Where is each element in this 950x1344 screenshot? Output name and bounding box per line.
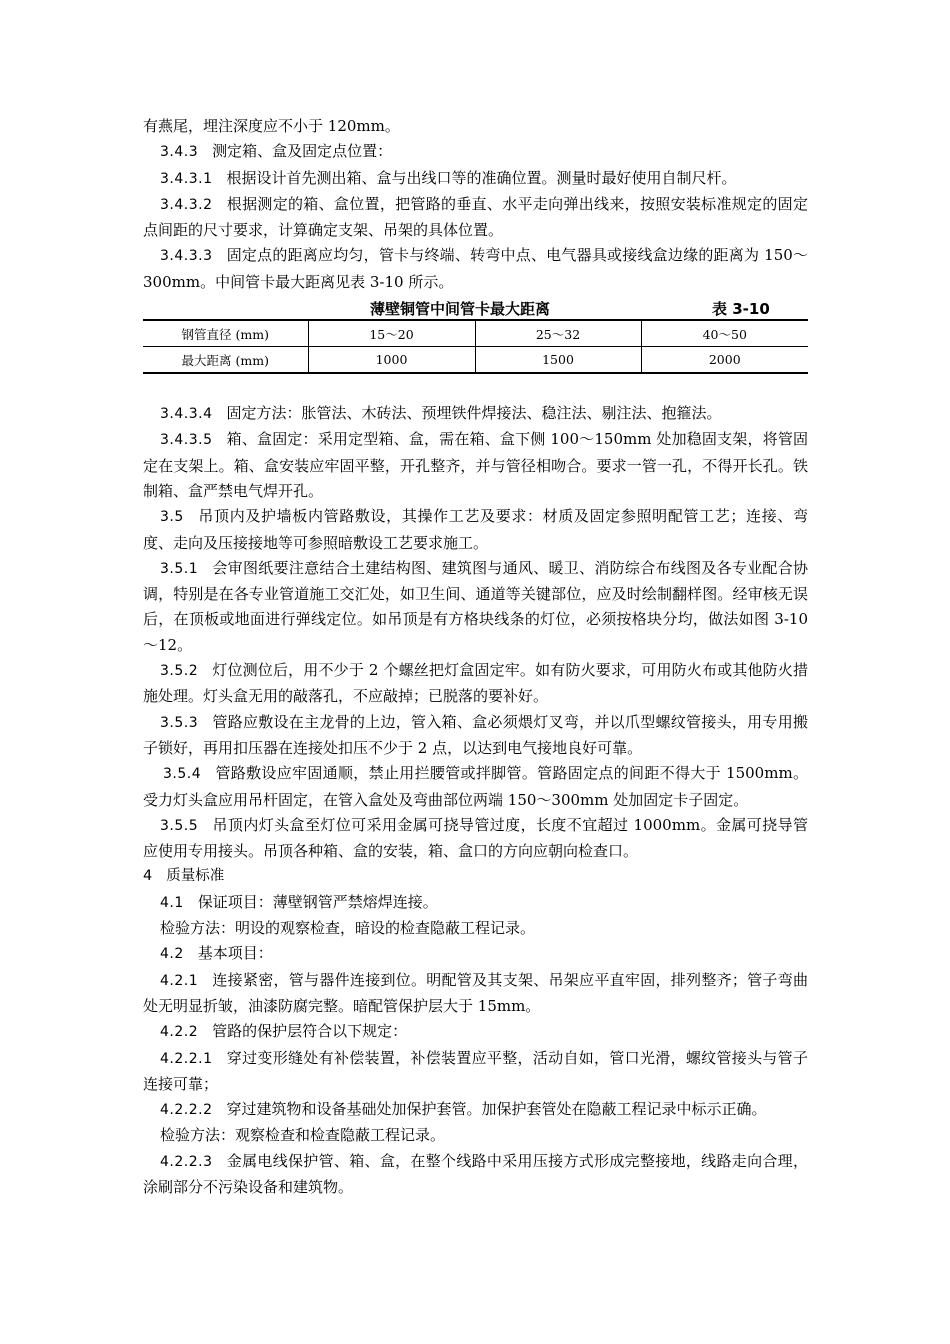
section-number: 3.5.4 bbox=[163, 766, 201, 782]
table-cell: 2000 bbox=[641, 347, 808, 374]
section-number: 4.2 bbox=[160, 946, 184, 962]
table-cell-header: 钢管直径 (mm) bbox=[143, 320, 308, 347]
section-title: 质量标准 bbox=[166, 868, 224, 884]
table-row: 最大距离 (mm) 1000 1500 2000 bbox=[143, 347, 808, 374]
section-number: 3.4.3.5 bbox=[160, 432, 212, 448]
section-text: 根据设计首先测出箱、盒与出线口等的准确位置。测量时最好使用自制尺杆。 bbox=[226, 169, 736, 187]
section-text: 管路的保护层符合以下规定： bbox=[212, 1022, 407, 1040]
section-text: 吊顶内灯头盒至灯位可采用金属可挠导管过度，长度不宜超过 1000mm。金属可挠导… bbox=[143, 816, 808, 860]
section-number: 4.2.2.3 bbox=[160, 1154, 212, 1170]
section-4-1: 4.1保证项目：薄壁钢管严禁熔焊连接。 bbox=[143, 890, 808, 916]
section-number: 4.2.2 bbox=[160, 1024, 198, 1040]
table-cell: 15～20 bbox=[308, 320, 475, 347]
table-number: 表 3-10 bbox=[712, 298, 770, 319]
section-text: 连接紧密，管与器件连接到位。明配管及其支架、吊架应平直牢固，排列整齐；管子弯曲处… bbox=[143, 971, 808, 1015]
section-3-4-3-3: 3.4.3.3固定点的距离应均匀，管卡与终端、转弯中点、电气器具或接线盒边缘的距… bbox=[143, 243, 808, 295]
pipe-clamp-distance-table: 钢管直径 (mm) 15～20 25～32 40～50 最大距离 (mm) 10… bbox=[143, 319, 808, 374]
section-number: 3.5.1 bbox=[160, 561, 198, 577]
inspection-method-4-1: 检验方法：明设的观察检查，暗设的检查隐蔽工程记录。 bbox=[143, 916, 808, 941]
section-number: 3.5.5 bbox=[160, 818, 198, 834]
section-number: 3.4.3.3 bbox=[160, 248, 212, 264]
table-cell: 25～32 bbox=[475, 320, 641, 347]
section-3-5-1: 3.5.1会审图纸要注意结合土建结构图、建筑图与通风、暖卫、消防综合布线图及各专… bbox=[143, 556, 808, 658]
section-text: 穿过建筑物和设备基础处加保护套管。加保护套管处在隐蔽工程记录中标示正确。 bbox=[226, 1100, 766, 1118]
section-text: 穿过变形缝处有补偿装置，补偿装置应平整，活动自如，管口光滑，螺纹管接头与管子连接… bbox=[143, 1049, 808, 1093]
section-3-5-3: 3.5.3管路应敷设在主龙骨的上边，管入箱、盒必须煨灯叉弯，并以爪型螺纹管接头，… bbox=[143, 710, 808, 762]
section-number: 4.2.2.2 bbox=[160, 1102, 212, 1118]
section-4-2: 4.2基本项目： bbox=[143, 941, 808, 967]
section-text: 保证项目：薄壁钢管严禁熔焊连接。 bbox=[198, 893, 438, 911]
section-text: 根据测定的箱、盒位置，把管路的垂直、水平走向弹出线来，按照安装标准规定的固定点间… bbox=[143, 195, 808, 239]
section-number: 4.1 bbox=[160, 895, 184, 911]
section-4-2-1: 4.2.1连接紧密，管与器件连接到位。明配管及其支架、吊架应平直牢固，排列整齐；… bbox=[143, 968, 808, 1020]
section-4-2-2-2: 4.2.2.2穿过建筑物和设备基础处加保护套管。加保护套管处在隐蔽工程记录中标示… bbox=[143, 1097, 808, 1123]
section-text: 管路应敷设在主龙骨的上边，管入箱、盒必须煨灯叉弯，并以爪型螺纹管接头，用专用搬子… bbox=[143, 713, 808, 757]
inspection-method-4-2-2: 检验方法：观察检查和检查隐蔽工程记录。 bbox=[143, 1123, 808, 1148]
section-3-4-3-1: 3.4.3.1根据设计首先测出箱、盒与出线口等的准确位置。测量时最好使用自制尺杆… bbox=[143, 166, 808, 192]
section-number: 3.5 bbox=[160, 509, 184, 525]
section-text: 箱、盒固定：采用定型箱、盒，需在箱、盒下侧 100～150mm 处加稳固支架，将… bbox=[143, 430, 808, 500]
section-text: 灯位测位后，用不少于 2 个螺丝把灯盒固定牢。如有防火要求，可用防火布或其他防火… bbox=[143, 661, 808, 705]
section-number: 3.4.3 bbox=[160, 144, 198, 160]
section-text: 金属电线保护管、箱、盒，在整个线路中采用压接方式形成完整接地，线路走向合理，涂刷… bbox=[143, 1152, 808, 1196]
section-text: 固定点的距离应均匀，管卡与终端、转弯中点、电气器具或接线盒边缘的距离为 150～… bbox=[143, 246, 808, 290]
table-title: 薄壁铜管中间管卡最大距离 bbox=[370, 298, 550, 319]
section-4-2-2: 4.2.2管路的保护层符合以下规定： bbox=[143, 1019, 808, 1045]
section-text: 基本项目： bbox=[198, 944, 273, 962]
section-text: 测定箱、盒及固定点位置： bbox=[212, 142, 392, 160]
section-number: 3.5.2 bbox=[160, 663, 198, 679]
table-caption: 薄壁铜管中间管卡最大距离 表 3-10 bbox=[143, 296, 808, 319]
section-4-heading: 4质量标准 bbox=[143, 864, 808, 889]
section-text: 吊顶内及护墙板内管路敷设，其操作工艺及要求：材质及固定参照明配管工艺；连接、弯度… bbox=[143, 507, 808, 551]
section-number: 4 bbox=[143, 868, 152, 884]
section-3-5: 3.5吊顶内及护墙板内管路敷设，其操作工艺及要求：材质及固定参照明配管工艺；连接… bbox=[143, 504, 808, 556]
section-4-2-2-1: 4.2.2.1穿过变形缝处有补偿装置，补偿装置应平整，活动自如，管口光滑，螺纹管… bbox=[143, 1046, 808, 1098]
section-number: 3.4.3.2 bbox=[160, 197, 212, 213]
section-3-5-5: 3.5.5吊顶内灯头盒至灯位可采用金属可挠导管过度，长度不宜超过 1000mm。… bbox=[143, 813, 808, 865]
section-3-5-4: 3.5.4管路敷设应牢固通顺，禁止用拦腰管或拌脚管。管路固定点的间距不得大于 1… bbox=[143, 761, 808, 813]
paragraph-continuation: 有燕尾，埋注深度应不小于 120mm。 bbox=[143, 114, 808, 139]
section-number: 3.5.3 bbox=[160, 715, 198, 731]
section-number: 3.4.3.4 bbox=[160, 406, 212, 422]
table-cell: 1000 bbox=[308, 347, 475, 374]
table-row: 钢管直径 (mm) 15～20 25～32 40～50 bbox=[143, 320, 808, 347]
section-text: 管路敷设应牢固通顺，禁止用拦腰管或拌脚管。管路固定点的间距不得大于 1500mm… bbox=[143, 764, 808, 808]
section-4-2-2-3: 4.2.2.3金属电线保护管、箱、盒，在整个线路中采用压接方式形成完整接地，线路… bbox=[143, 1149, 808, 1201]
table-cell: 40～50 bbox=[641, 320, 808, 347]
section-text: 固定方法：胀管法、木砖法、预埋铁件焊接法、稳注法、剔注法、抱箍法。 bbox=[226, 404, 721, 422]
table-cell-header: 最大距离 (mm) bbox=[143, 347, 308, 374]
section-3-4-3-5: 3.4.3.5箱、盒固定：采用定型箱、盒，需在箱、盒下侧 100～150mm 处… bbox=[143, 427, 808, 504]
section-number: 4.2.2.1 bbox=[160, 1051, 212, 1067]
section-3-4-3-2: 3.4.3.2根据测定的箱、盒位置，把管路的垂直、水平走向弹出线来，按照安装标准… bbox=[143, 192, 808, 244]
section-3-4-3: 3.4.3测定箱、盒及固定点位置： bbox=[143, 139, 808, 165]
section-text: 会审图纸要注意结合土建结构图、建筑图与通风、暖卫、消防综合布线图及各专业配合协调… bbox=[143, 559, 808, 654]
section-3-5-2: 3.5.2灯位测位后，用不少于 2 个螺丝把灯盒固定牢。如有防火要求，可用防火布… bbox=[143, 658, 808, 710]
document-page: 有燕尾，埋注深度应不小于 120mm。 3.4.3测定箱、盒及固定点位置： 3.… bbox=[143, 114, 808, 1200]
table-cell: 1500 bbox=[475, 347, 641, 374]
section-number: 4.2.1 bbox=[160, 973, 198, 989]
section-number: 3.4.3.1 bbox=[160, 171, 212, 187]
section-3-4-3-4: 3.4.3.4固定方法：胀管法、木砖法、预埋铁件焊接法、稳注法、剔注法、抱箍法。 bbox=[143, 401, 808, 427]
